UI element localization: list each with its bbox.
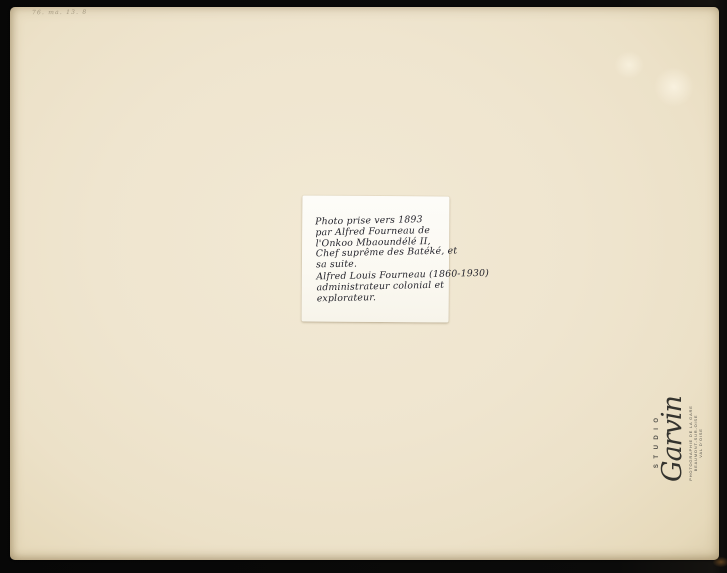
caption-text: Photo prise vers 1893 par Alfred Fournea… bbox=[315, 215, 447, 305]
paper-stain bbox=[654, 67, 694, 107]
stamp-address: PHOTOGRAPHIE DE LA GARE BEAUMONT-SUR-OIS… bbox=[688, 404, 703, 482]
caption-line: explorateur. bbox=[317, 291, 447, 305]
corner-stain bbox=[713, 557, 727, 567]
photo-backing-background: 76. ma. 13. 8 Photo prise vers 1893 par … bbox=[0, 0, 727, 573]
caption-label: Photo prise vers 1893 par Alfred Fournea… bbox=[302, 195, 450, 322]
inventory-pencil-note: 76. ma. 13. 8 bbox=[32, 9, 87, 16]
paper-stain bbox=[614, 51, 644, 79]
photo-mount-card: 76. ma. 13. 8 Photo prise vers 1893 par … bbox=[10, 7, 719, 560]
stamp-address-line: VAL D'OISE bbox=[698, 404, 703, 482]
stamp-studio-name: Garvin bbox=[660, 404, 686, 482]
studio-stamp: STUDIO Garvin PHOTOGRAPHIE DE LA GARE BE… bbox=[654, 404, 706, 482]
